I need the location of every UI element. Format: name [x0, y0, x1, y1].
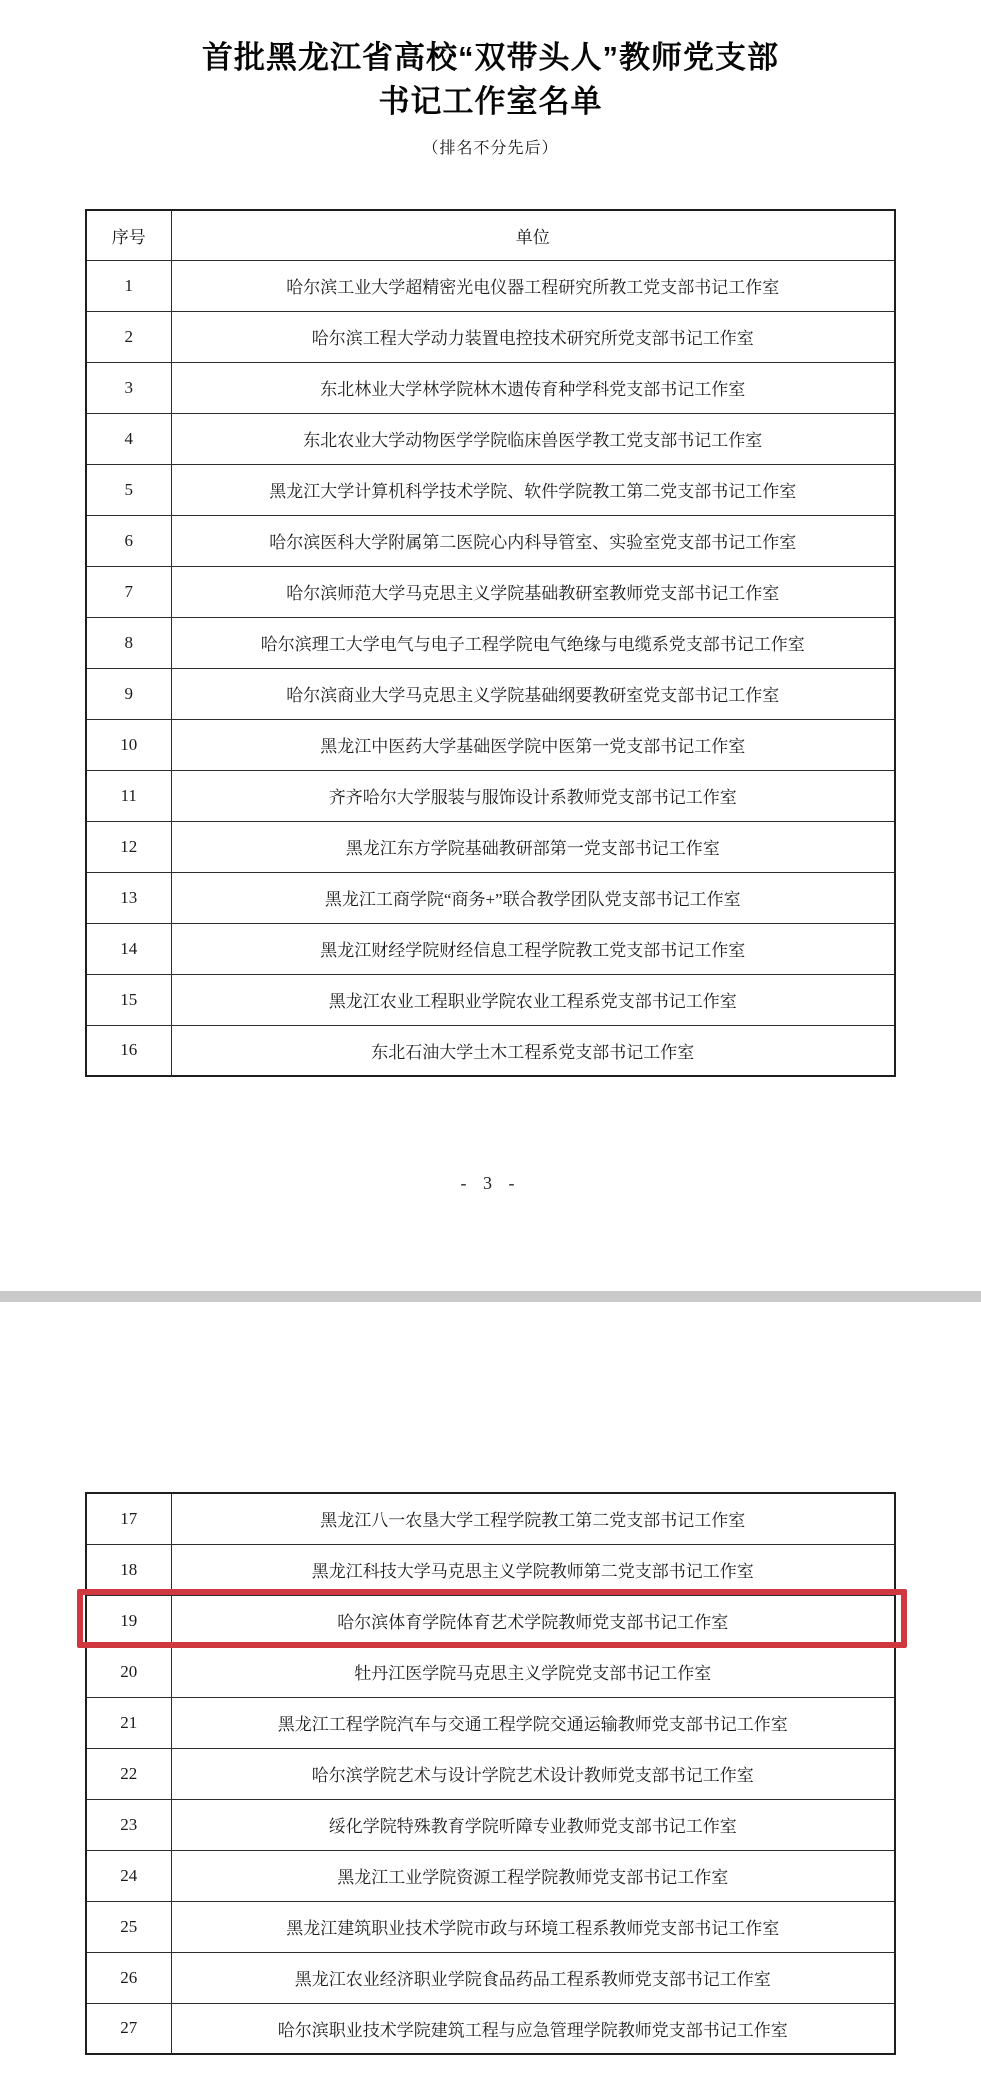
- row-index-cell: 12: [86, 821, 171, 872]
- unit-cell: 哈尔滨理工大学电气与电子工程学院电气绝缘与电缆系党支部书记工作室: [171, 617, 895, 668]
- unit-cell: 哈尔滨商业大学马克思主义学院基础纲要教研室党支部书记工作室: [171, 668, 895, 719]
- table-row: 19哈尔滨体育学院体育艺术学院教师党支部书记工作室: [86, 1595, 895, 1646]
- table-row: 17黑龙江八一农垦大学工程学院教工第二党支部书记工作室: [86, 1493, 895, 1544]
- row-index-cell: 7: [86, 566, 171, 617]
- unit-cell: 黑龙江建筑职业技术学院市政与环境工程系教师党支部书记工作室: [171, 1901, 895, 1952]
- unit-cell: 黑龙江工业学院资源工程学院教师党支部书记工作室: [171, 1850, 895, 1901]
- unit-cell: 黑龙江中医药大学基础医学院中医第一党支部书记工作室: [171, 719, 895, 770]
- row-index-cell: 13: [86, 872, 171, 923]
- row-index-cell: 20: [86, 1646, 171, 1697]
- page-number: - 3 -: [0, 1173, 981, 1194]
- unit-cell: 牡丹江医学院马克思主义学院党支部书记工作室: [171, 1646, 895, 1697]
- unit-cell: 哈尔滨师范大学马克思主义学院基础教研室教师党支部书记工作室: [171, 566, 895, 617]
- document-page: 首批黑龙江省高校“双带头人”教师党支部 书记工作室名单 （排名不分先后） 序号 …: [0, 0, 981, 2055]
- table-row: 16东北石油大学土木工程系党支部书记工作室: [86, 1025, 895, 1076]
- table-row: 7哈尔滨师范大学马克思主义学院基础教研室教师党支部书记工作室: [86, 566, 895, 617]
- row-index-cell: 17: [86, 1493, 171, 1544]
- row-index-cell: 23: [86, 1799, 171, 1850]
- unit-cell: 哈尔滨医科大学附属第二医院心内科导管室、实验室党支部书记工作室: [171, 515, 895, 566]
- unit-cell: 黑龙江农业经济职业学院食品药品工程系教师党支部书记工作室: [171, 1952, 895, 2003]
- row-index-cell: 26: [86, 1952, 171, 2003]
- unit-cell: 东北农业大学动物医学学院临床兽医学教工党支部书记工作室: [171, 413, 895, 464]
- table-row: 11齐齐哈尔大学服装与服饰设计系教师党支部书记工作室: [86, 770, 895, 821]
- table-row: 1哈尔滨工业大学超精密光电仪器工程研究所教工党支部书记工作室: [86, 260, 895, 311]
- row-index-cell: 6: [86, 515, 171, 566]
- table-row: 15黑龙江农业工程职业学院农业工程系党支部书记工作室: [86, 974, 895, 1025]
- row-index-cell: 5: [86, 464, 171, 515]
- unit-cell: 黑龙江科技大学马克思主义学院教师第二党支部书记工作室: [171, 1544, 895, 1595]
- header-cell-unit: 单位: [171, 210, 895, 260]
- table-row: 2哈尔滨工程大学动力装置电控技术研究所党支部书记工作室: [86, 311, 895, 362]
- unit-cell: 哈尔滨工程大学动力装置电控技术研究所党支部书记工作室: [171, 311, 895, 362]
- unit-cell: 黑龙江大学计算机科学技术学院、软件学院教工第二党支部书记工作室: [171, 464, 895, 515]
- roster-table-page2-wrap: 17黑龙江八一农垦大学工程学院教工第二党支部书记工作室18黑龙江科技大学马克思主…: [0, 1492, 981, 2055]
- row-index-cell: 8: [86, 617, 171, 668]
- table-row: 4东北农业大学动物医学学院临床兽医学教工党支部书记工作室: [86, 413, 895, 464]
- unit-cell: 哈尔滨职业技术学院建筑工程与应急管理学院教师党支部书记工作室: [171, 2003, 895, 2054]
- table-row: 3东北林业大学林学院林木遗传育种学科党支部书记工作室: [86, 362, 895, 413]
- row-index-cell: 24: [86, 1850, 171, 1901]
- row-index-cell: 10: [86, 719, 171, 770]
- unit-cell: 黑龙江工程学院汽车与交通工程学院交通运输教师党支部书记工作室: [171, 1697, 895, 1748]
- title-line-1: 首批黑龙江省高校“双带头人”教师党支部: [202, 40, 779, 75]
- unit-cell: 哈尔滨工业大学超精密光电仪器工程研究所教工党支部书记工作室: [171, 260, 895, 311]
- title-line-2: 书记工作室名单: [379, 84, 603, 119]
- row-index-cell: 1: [86, 260, 171, 311]
- table-row: 21黑龙江工程学院汽车与交通工程学院交通运输教师党支部书记工作室: [86, 1697, 895, 1748]
- row-index-cell: 9: [86, 668, 171, 719]
- unit-cell: 黑龙江农业工程职业学院农业工程系党支部书记工作室: [171, 974, 895, 1025]
- table-row: 24黑龙江工业学院资源工程学院教师党支部书记工作室: [86, 1850, 895, 1901]
- document-subtitle: （排名不分先后）: [0, 135, 981, 158]
- table-row: 13黑龙江工商学院“商务+”联合教学团队党支部书记工作室: [86, 872, 895, 923]
- table-row: 22哈尔滨学院艺术与设计学院艺术设计教师党支部书记工作室: [86, 1748, 895, 1799]
- header-cell-index: 序号: [86, 210, 171, 260]
- roster-table-page1: 序号 单位 1哈尔滨工业大学超精密光电仪器工程研究所教工党支部书记工作室2哈尔滨…: [85, 209, 896, 1077]
- row-index-cell: 4: [86, 413, 171, 464]
- table-row: 23绥化学院特殊教育学院听障专业教师党支部书记工作室: [86, 1799, 895, 1850]
- unit-cell: 黑龙江八一农垦大学工程学院教工第二党支部书记工作室: [171, 1493, 895, 1544]
- row-index-cell: 27: [86, 2003, 171, 2054]
- table-row: 5黑龙江大学计算机科学技术学院、软件学院教工第二党支部书记工作室: [86, 464, 895, 515]
- table-row: 20牡丹江医学院马克思主义学院党支部书记工作室: [86, 1646, 895, 1697]
- row-index-cell: 15: [86, 974, 171, 1025]
- unit-cell: 黑龙江东方学院基础教研部第一党支部书记工作室: [171, 821, 895, 872]
- unit-cell: 哈尔滨学院艺术与设计学院艺术设计教师党支部书记工作室: [171, 1748, 895, 1799]
- row-index-cell: 21: [86, 1697, 171, 1748]
- table-header-row: 序号 单位: [86, 210, 895, 260]
- unit-cell: 绥化学院特殊教育学院听障专业教师党支部书记工作室: [171, 1799, 895, 1850]
- table-row: 8哈尔滨理工大学电气与电子工程学院电气绝缘与电缆系党支部书记工作室: [86, 617, 895, 668]
- row-index-cell: 25: [86, 1901, 171, 1952]
- roster-table-page2: 17黑龙江八一农垦大学工程学院教工第二党支部书记工作室18黑龙江科技大学马克思主…: [85, 1492, 896, 2055]
- row-index-cell: 2: [86, 311, 171, 362]
- table-row: 6哈尔滨医科大学附属第二医院心内科导管室、实验室党支部书记工作室: [86, 515, 895, 566]
- row-index-cell: 19: [86, 1595, 171, 1646]
- table-row: 10黑龙江中医药大学基础医学院中医第一党支部书记工作室: [86, 719, 895, 770]
- row-index-cell: 11: [86, 770, 171, 821]
- row-index-cell: 3: [86, 362, 171, 413]
- table-row: 26黑龙江农业经济职业学院食品药品工程系教师党支部书记工作室: [86, 1952, 895, 2003]
- unit-cell: 东北石油大学土木工程系党支部书记工作室: [171, 1025, 895, 1076]
- row-index-cell: 14: [86, 923, 171, 974]
- table-row: 12黑龙江东方学院基础教研部第一党支部书记工作室: [86, 821, 895, 872]
- document-title: 首批黑龙江省高校“双带头人”教师党支部 书记工作室名单: [0, 0, 981, 124]
- row-index-cell: 16: [86, 1025, 171, 1076]
- table-row: 9哈尔滨商业大学马克思主义学院基础纲要教研室党支部书记工作室: [86, 668, 895, 719]
- unit-cell: 黑龙江工商学院“商务+”联合教学团队党支部书记工作室: [171, 872, 895, 923]
- table-row: 14黑龙江财经学院财经信息工程学院教工党支部书记工作室: [86, 923, 895, 974]
- unit-cell: 哈尔滨体育学院体育艺术学院教师党支部书记工作室: [171, 1595, 895, 1646]
- table-row: 27哈尔滨职业技术学院建筑工程与应急管理学院教师党支部书记工作室: [86, 2003, 895, 2054]
- row-index-cell: 22: [86, 1748, 171, 1799]
- row-index-cell: 18: [86, 1544, 171, 1595]
- unit-cell: 黑龙江财经学院财经信息工程学院教工党支部书记工作室: [171, 923, 895, 974]
- page-scroll-divider: [0, 1291, 981, 1302]
- unit-cell: 东北林业大学林学院林木遗传育种学科党支部书记工作室: [171, 362, 895, 413]
- unit-cell: 齐齐哈尔大学服装与服饰设计系教师党支部书记工作室: [171, 770, 895, 821]
- table-row: 25黑龙江建筑职业技术学院市政与环境工程系教师党支部书记工作室: [86, 1901, 895, 1952]
- table-row: 18黑龙江科技大学马克思主义学院教师第二党支部书记工作室: [86, 1544, 895, 1595]
